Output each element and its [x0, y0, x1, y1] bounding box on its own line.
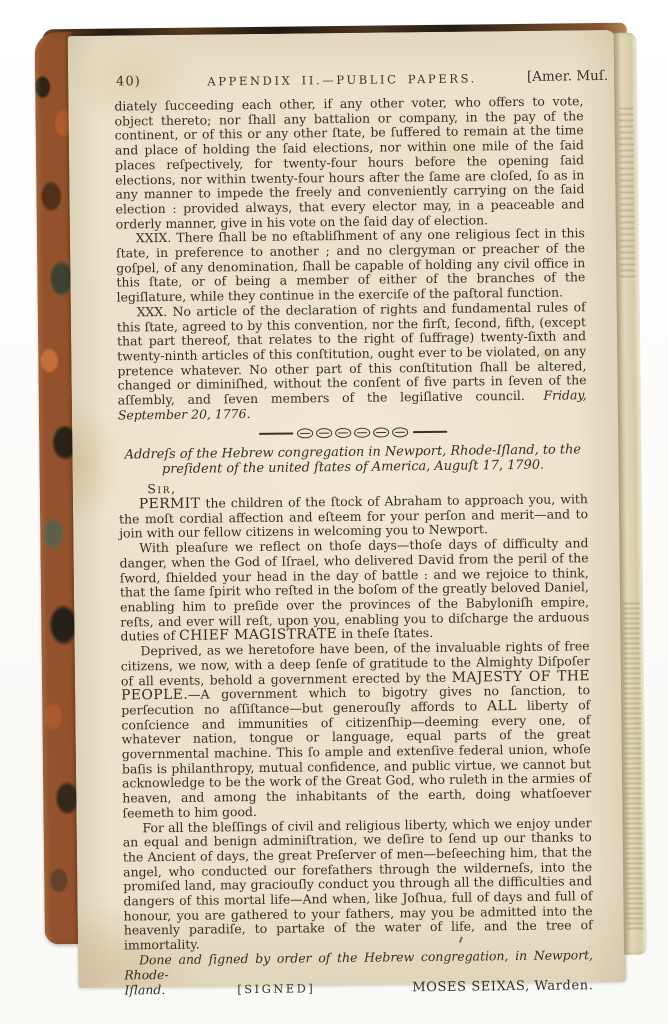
para-for-all-blessings: For all the bleſſings of civil and relig…: [123, 816, 593, 954]
text-segment: For all the bleſſings of civil and relig…: [123, 815, 593, 953]
text-segment: Sir,: [147, 481, 176, 496]
address-heading: Addreſs of the Hebrew congregation in Ne…: [118, 442, 587, 478]
para-permit: PERMIT the children of the ſtock of Abra…: [119, 492, 588, 541]
signature-line: Done and ſigned by order of the Hebrew c…: [124, 948, 593, 983]
printer-ornament-row: [335, 428, 351, 438]
text-segment: in theſe ſtates.: [337, 625, 433, 641]
photo-background: 40) APPENDIX II.—PUBLIC PAPERS. [Amer. M…: [0, 0, 668, 1024]
printer-ornament-row: [392, 428, 408, 438]
printer-ornament-row: [297, 429, 313, 439]
para-deprived: Deprived, as we heretofore have been, of…: [121, 639, 592, 821]
printer-ornament-row: [316, 429, 332, 439]
article-xxx: XXX. No article of the declaration of ri…: [117, 300, 587, 423]
text-segment: XXX. No article of the declaration of ri…: [117, 299, 587, 408]
para-with-pleasure: With pleaſure we reflect on thoſe days—t…: [119, 536, 589, 644]
signed-label: [SIGNED]: [237, 983, 315, 999]
signer-name: MOSES SEIXAS, Warden.: [412, 979, 593, 996]
page-body: diately ſucceeding each other, if any ot…: [68, 94, 626, 1000]
para-continuation: diately ſucceeding each other, if any ot…: [114, 94, 584, 232]
signature-place: Iſland.: [124, 983, 165, 998]
divider-dash: [413, 431, 447, 433]
text-segment: liberty of conſcience and immunities of …: [121, 697, 591, 820]
printer-ornament-row: [354, 428, 370, 438]
text-segment: Addreſs of the Hebrew congregation in Ne…: [125, 442, 581, 477]
text-segment: diately ſucceeding each other, if any ot…: [114, 93, 584, 231]
text-segment: Done and ſigned by order of the Hebrew c…: [124, 947, 593, 982]
page-header: 40) APPENDIX II.—PUBLIC PAPERS. [Amer. M…: [68, 68, 616, 91]
book: 40) APPENDIX II.—PUBLIC PAPERS. [Amer. M…: [35, 23, 648, 996]
source-mark: [Amer. Muſ.: [527, 68, 608, 85]
running-title: APPENDIX II.—PUBLIC PAPERS.: [108, 70, 576, 89]
page: 40) APPENDIX II.—PUBLIC PAPERS. [Amer. M…: [68, 30, 627, 988]
text-segment: XXIX. There ſhall be no eſtabliſhment of…: [116, 226, 585, 305]
divider-dash: [259, 433, 293, 435]
article-xxix: XXIX. There ſhall be no eſtabliſhment of…: [116, 227, 586, 306]
ornament-divider: [118, 426, 587, 441]
printer-ornament-row: [373, 428, 389, 438]
